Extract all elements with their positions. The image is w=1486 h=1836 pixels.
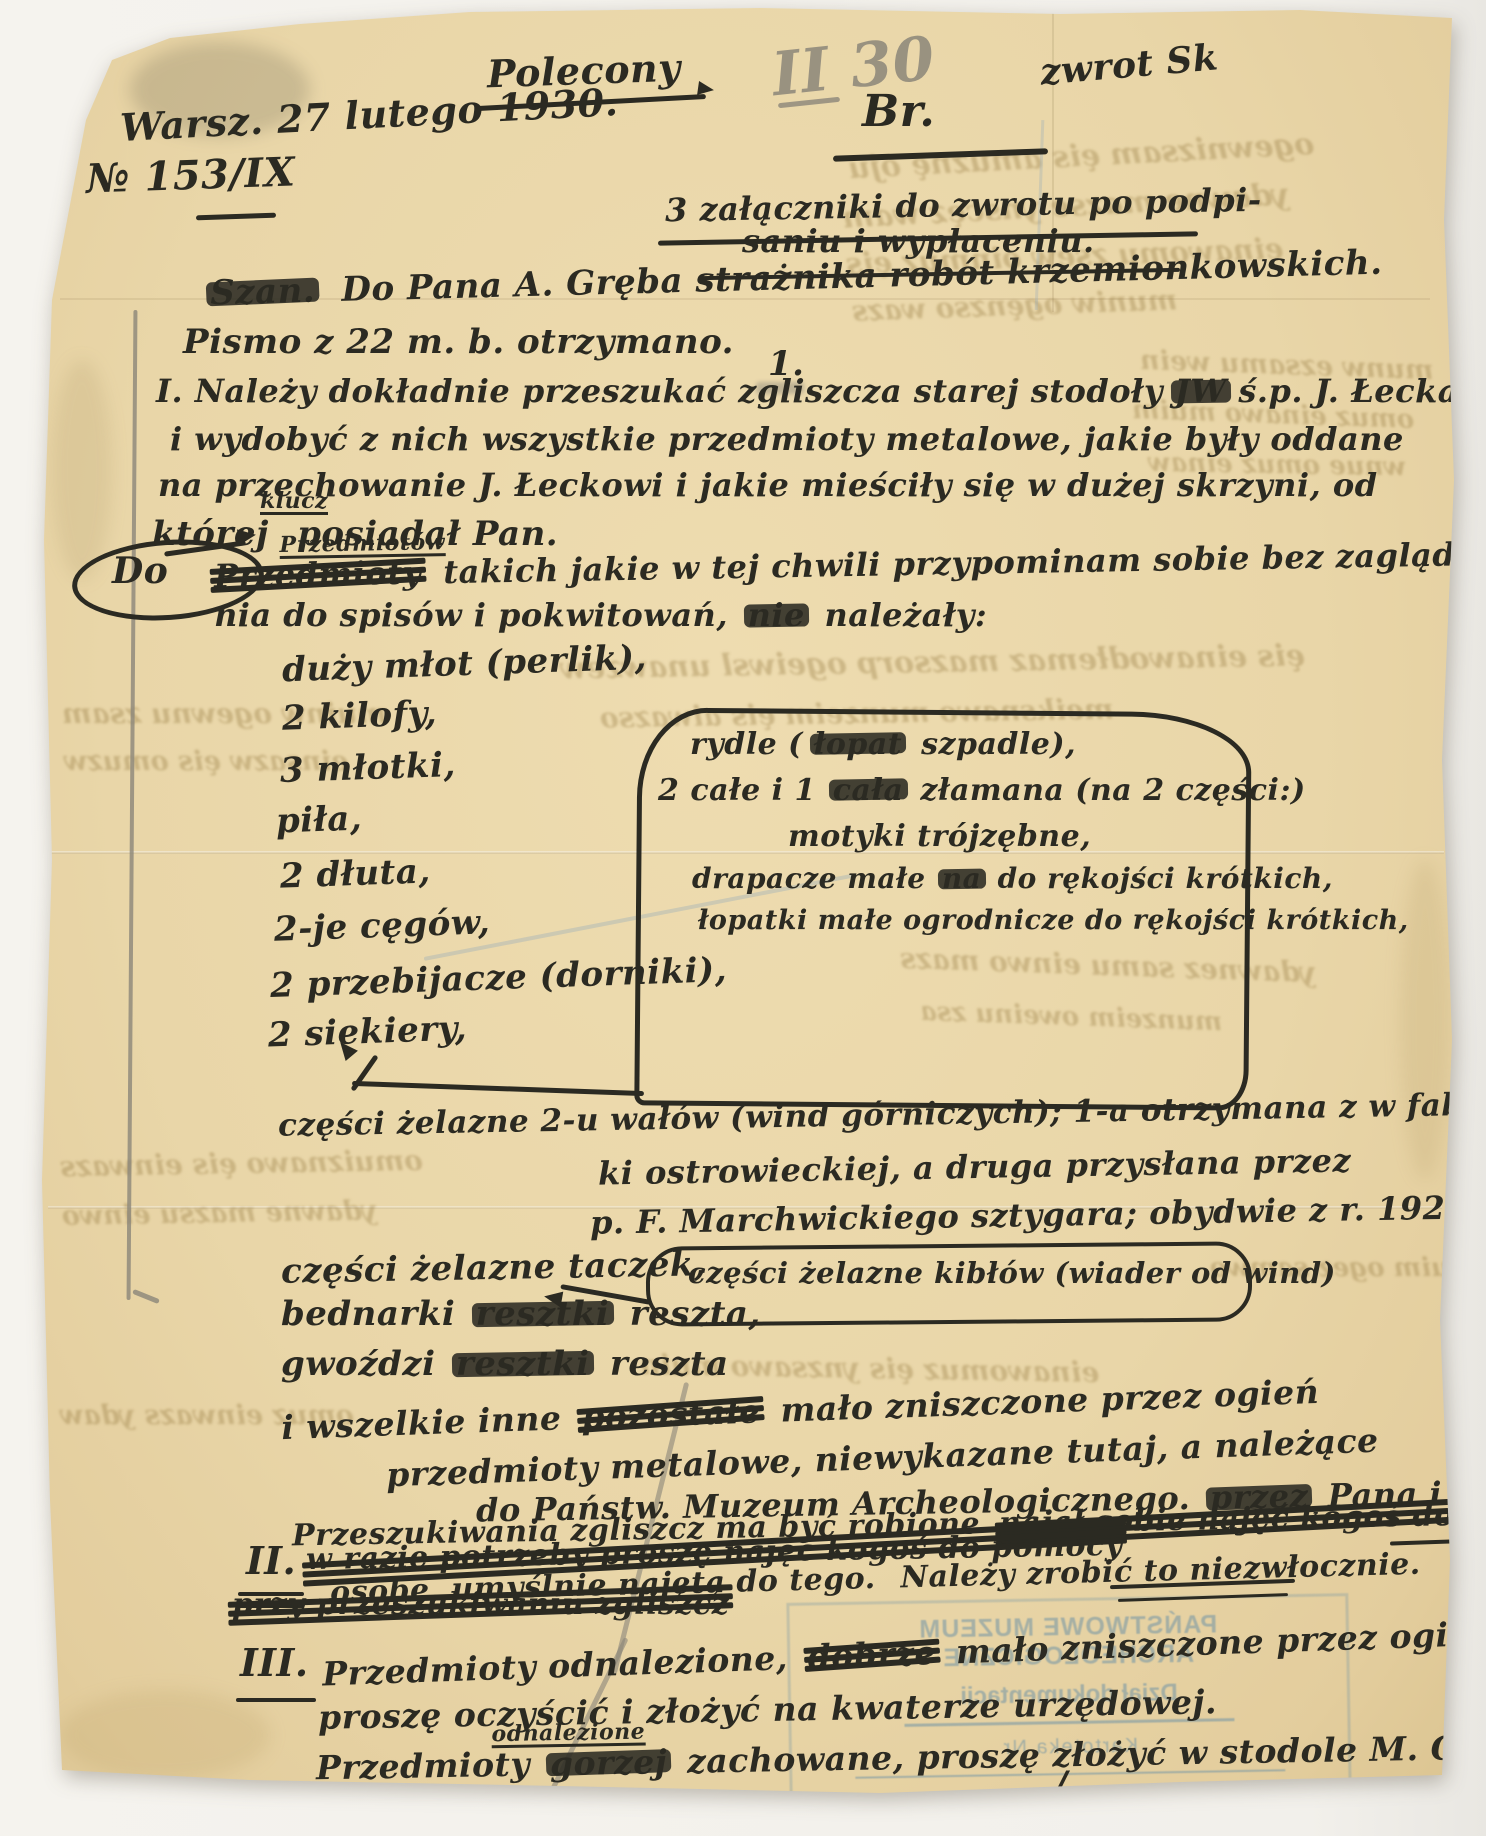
nails-line: gwoździ resztki reszta [281,1346,729,1383]
addition-line-5: łopatki małe ogrodnicze do rękojści krót… [698,906,1409,936]
addition-line-2-start: 2 całe i 1 [658,773,816,808]
list-item: 2 siekiery, [267,1011,467,1055]
coopering-end: reszta, [630,1294,761,1334]
struck-word-nie: nie [748,598,805,633]
other-items-start: i wszelkie inne [281,1398,562,1447]
margin-do-label: Do [112,552,168,592]
addition-line-2: 2 całe i 1 cała złamana (na 2 części:) [658,774,1306,807]
paragraph-do-line-1: Przedmiotów Przedmioty takich jakie w te… [214,537,1486,594]
addition-block-tail-line [352,1081,644,1096]
polecony-underline-arrowhead [697,81,715,97]
list-item: 2 dłuta, [279,853,431,896]
addition-line-3: motyki trójzębne, [788,820,1091,853]
coopering-line: bednarki resztki reszta, [281,1296,761,1333]
section-3-line-3-start: Przedmioty [316,1745,531,1788]
right-margin-dash-3 [1390,1538,1482,1545]
illegible-bleedthrough: ęis einawodłemaz mazsorp ogeiwsl unawzew [560,642,1305,685]
list-item: 3 młotki, [279,747,456,791]
section-3-number: III. [240,1642,309,1684]
paragraph-do-text: takich jakie w tej chwili przypominam so… [443,535,1486,591]
return-note: zwrot Sk [1039,38,1220,93]
nails-end: reszta [610,1344,729,1384]
illegible-bleedthrough: omuiznawo ęis einwazs [60,1147,423,1181]
letter-page: ogewnizsam ęis amuznę oju ydawne mazse y… [0,0,1486,1836]
addition-line-4-end: do rękojści krótkich, [998,862,1333,895]
winch-parts-line-3: p. F. Marchwickiego sztygara; obydwie z … [590,1190,1480,1241]
struck-word-resztki-2: resztki [456,1346,590,1383]
struck-word-pozostale: pozostałe [581,1393,761,1436]
address-struck-salutation: Szan. [210,273,316,313]
initials-monogram: Br. [862,88,935,136]
margin-do-arrowhead [237,527,257,545]
addition-line-1-end: szpadle), [921,727,1076,762]
letter-received-line: Pismo z 22 m. b. otrzymano. [183,324,734,361]
item-1-text-end: ś.p. J. Łecka [1238,372,1459,410]
struck-word-gorzej: gorzej [550,1744,668,1782]
struck-word-na: na [942,864,982,895]
addition-line-1: rydle ( łopat szpadle), [690,728,1076,761]
paragraph-do-line-2-end: należały: [825,596,988,634]
item-1-line-1: I. Należy dokładnie przeszukać zgliszcza… [156,374,1459,409]
illegible-bleedthrough: ydawne mazsu einwo [62,1197,378,1230]
section-3-line-1-start: Przedmioty odnalezione, [322,1638,789,1693]
paper-shadow-wrap: ogewnizsam ęis amuznę oju ydawne mazse y… [0,0,1486,1836]
wheelbarrow-parts-line: części żelazne taczek, [281,1246,707,1291]
list-item: 2-je cęgów, [273,904,490,949]
addition-line-4: drapacze małe na do rękojści krótkich, [692,864,1333,895]
item-1-text: I. Należy dokładnie przeszukać zgliszcza… [156,372,1163,410]
scanned-letter-canvas: ogewnizsam ęis amuznę oju ydawne mazse y… [0,0,1486,1836]
item-1-line-3: na przechowanie J. Łeckowi i jakie mieśc… [158,468,1378,503]
section-3-underline [236,1698,316,1702]
section-2-number: II. [246,1540,296,1582]
coopering-start: bednarki [281,1294,455,1334]
struck-word-cala: cała [833,774,904,807]
margin-line-hook [132,1289,160,1304]
item-1-line-2: i wydobyć z nich wszystkie przedmioty me… [170,422,1404,457]
reference-number: № 153/IX [85,150,296,201]
struck-word-dobrze: dobrze [807,1635,936,1676]
paragraph-do-line-2-start: nia do spisów i pokwitowań, [214,596,728,634]
addition-line-1-start: rydle ( [690,727,803,762]
reference-number-underline [196,213,276,221]
inserted-word-klucz: klucz [260,490,328,515]
section-2-struck-final: przy przeszukiwaniu zgliszcz [232,1588,729,1621]
continuation-mark: /. [1054,1766,1081,1806]
smudge-bottom-left [60,1690,270,1780]
smudge-left-edge [52,360,112,580]
section-2-line-4: przy przeszukiwaniu zgliszcz [232,1588,729,1621]
struck-word-lopat: łopat [814,728,902,761]
list-item: 2 kilofy, [281,695,437,738]
struck-word-przedmioty: Przedmioty [214,556,422,595]
winch-parts-line-2: ki ostrowieckiej, a druga przysłana prze… [598,1143,1352,1191]
item-1-struck-word: JW [1175,374,1227,409]
buckets-parts-line: części żelazne kibłów (wiader od wind) [688,1258,1336,1290]
struck-word-resztki-1: resztki [476,1296,610,1333]
addition-line-2-end: złamana (na 2 części:) [920,773,1305,808]
nails-start: gwoździ [281,1344,436,1384]
paragraph-do-line-2: nia do spisów i pokwitowań, nie należały… [214,598,987,633]
addition-line-4-start: drapacze małe [692,862,926,895]
list-item: piła, [275,801,362,841]
